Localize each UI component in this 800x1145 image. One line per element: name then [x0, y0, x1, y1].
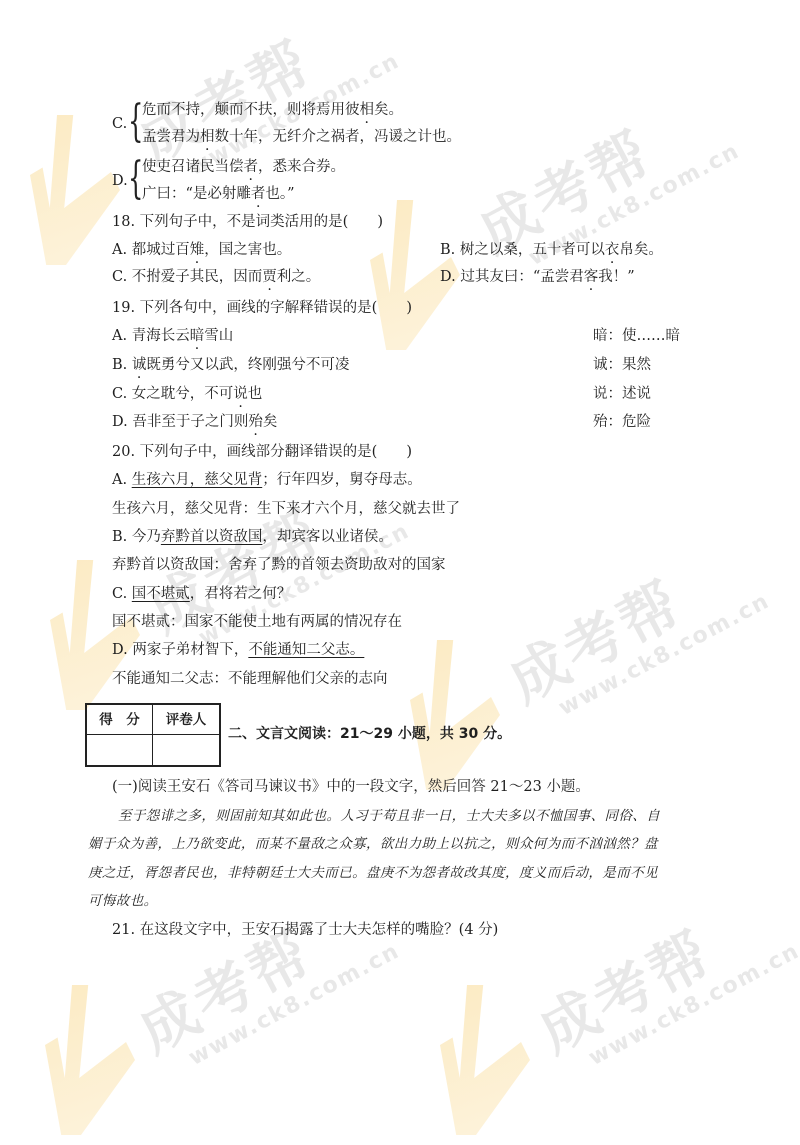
- watermark-logo-icon: [410, 640, 500, 790]
- q20-stem: 20. 下列句子中，画线部分翻译错误的是( ): [112, 442, 412, 462]
- grader-field[interactable]: [153, 735, 219, 765]
- score-field[interactable]: [87, 735, 153, 765]
- grader-header: 评卷人: [153, 705, 219, 735]
- q19-option-b[interactable]: B. 诚既勇兮又以武，终刚强兮不可凌: [112, 355, 349, 375]
- watermark-text: 成考帮www.ck8.com.cn: [500, 535, 774, 734]
- q17-option-d-line1: 使吏召诸民当偿者，悉来合券。: [142, 157, 345, 177]
- q20-translation-d: 不能通知二父志：不能理解他们父亲的志向: [112, 669, 388, 689]
- option-label: C.: [112, 116, 127, 132]
- q20-option-b[interactable]: B. 今乃弃黔首以资敌国，却宾客以业诸侯。: [112, 527, 393, 547]
- q19-option-a[interactable]: A. 青海长云暗雪山: [112, 326, 233, 346]
- q17-option-c-line1: 危而不持，颠而不扶，则将焉用彼相矣。: [142, 100, 403, 120]
- q19-stem: 19. 下列各句中，画线的字解释错误的是( ): [112, 298, 412, 318]
- passage-line: 至于怨诽之多，则固前知其如此也。人习于苟且非一日，士大夫多以不恤国事、同俗、自: [118, 806, 660, 826]
- score-header: 得 分: [87, 705, 153, 735]
- score-table: 得 分 评卷人: [85, 703, 221, 767]
- q18-option-a[interactable]: A. 都城过百雉，国之害也。: [112, 240, 291, 260]
- q20-option-c[interactable]: C. 国不堪贰，君将若之何？: [112, 584, 291, 604]
- q18-stem: 18. 下列句子中，不是词类活用的是( ): [112, 212, 383, 232]
- q18-option-d[interactable]: D. 过其友曰：“孟尝君客我！”: [440, 267, 635, 287]
- q19-gloss-a: 暗：使……暗: [593, 326, 680, 346]
- passage-line: 媚于众为善，上乃欲变此，而某不量敌之众寡，欲出力助上以抗之，则众何为而不汹汹然？…: [88, 834, 658, 854]
- watermark-logo-icon: [440, 985, 530, 1135]
- q19-gloss-d: 殆：危险: [593, 412, 651, 432]
- q20-option-a[interactable]: A. 生孩六月，慈父见背；行年四岁，舅夺母志。: [112, 470, 422, 490]
- q21-stem: 21. 在这段文字中，王安石揭露了士大夫怎样的嘴脸？(4 分): [112, 920, 498, 940]
- q20-translation-b: 弃黔首以资敌国：舍弃了黔的首领去资助敌对的国家: [112, 555, 446, 575]
- q20-translation-c: 国不堪贰：国家不能使土地有两属的情况存在: [112, 612, 402, 632]
- watermark-logo-icon: [45, 985, 135, 1135]
- q18-option-b[interactable]: B. 树之以桑，五十者可以衣帛矣。: [440, 240, 663, 260]
- q19-gloss-b: 诚：果然: [593, 355, 651, 375]
- q19-gloss-c: 说：述说: [593, 384, 651, 404]
- q19-option-c[interactable]: C. 女之耽兮，不可说也: [112, 384, 262, 404]
- section-title: 二、文言文阅读：21～29 小题，共 30 分。: [228, 724, 511, 744]
- passage-intro: (一)阅读王安石《答司马谏议书》中的一段文字，然后回答 21～23 小题。: [112, 777, 590, 797]
- q17-option-c-line2: 孟尝君为相数十年，无纤介之祸者，冯谖之计也。: [142, 127, 461, 147]
- watermark-text: 成考帮www.ck8.com.cn: [130, 885, 404, 1084]
- q20-translation-a: 生孩六月，慈父见背：生下来才六个月，慈父就去世了: [112, 499, 460, 519]
- watermark-logo-icon: [30, 115, 120, 265]
- q18-option-c[interactable]: C. 不拊爱子其民，因而贾利之。: [112, 267, 320, 287]
- passage-line: 庚之迁，胥怨者民也，非特朝廷士大夫而已。盘庚不为怨者故改其度，度义而后动，是而不…: [88, 863, 658, 883]
- option-label: D.: [112, 173, 128, 189]
- q17-option-d-line2: 广曰：“是必射雕者也。”: [142, 184, 295, 204]
- q20-option-d[interactable]: D. 两家子弟材智下，不能通知二父志。: [112, 640, 364, 660]
- passage-line: 可悔故也。: [88, 891, 158, 911]
- q19-option-d[interactable]: D. 吾非至于子之门则殆矣: [112, 412, 277, 432]
- watermark-text: 成考帮www.ck8.com.cn: [530, 885, 800, 1084]
